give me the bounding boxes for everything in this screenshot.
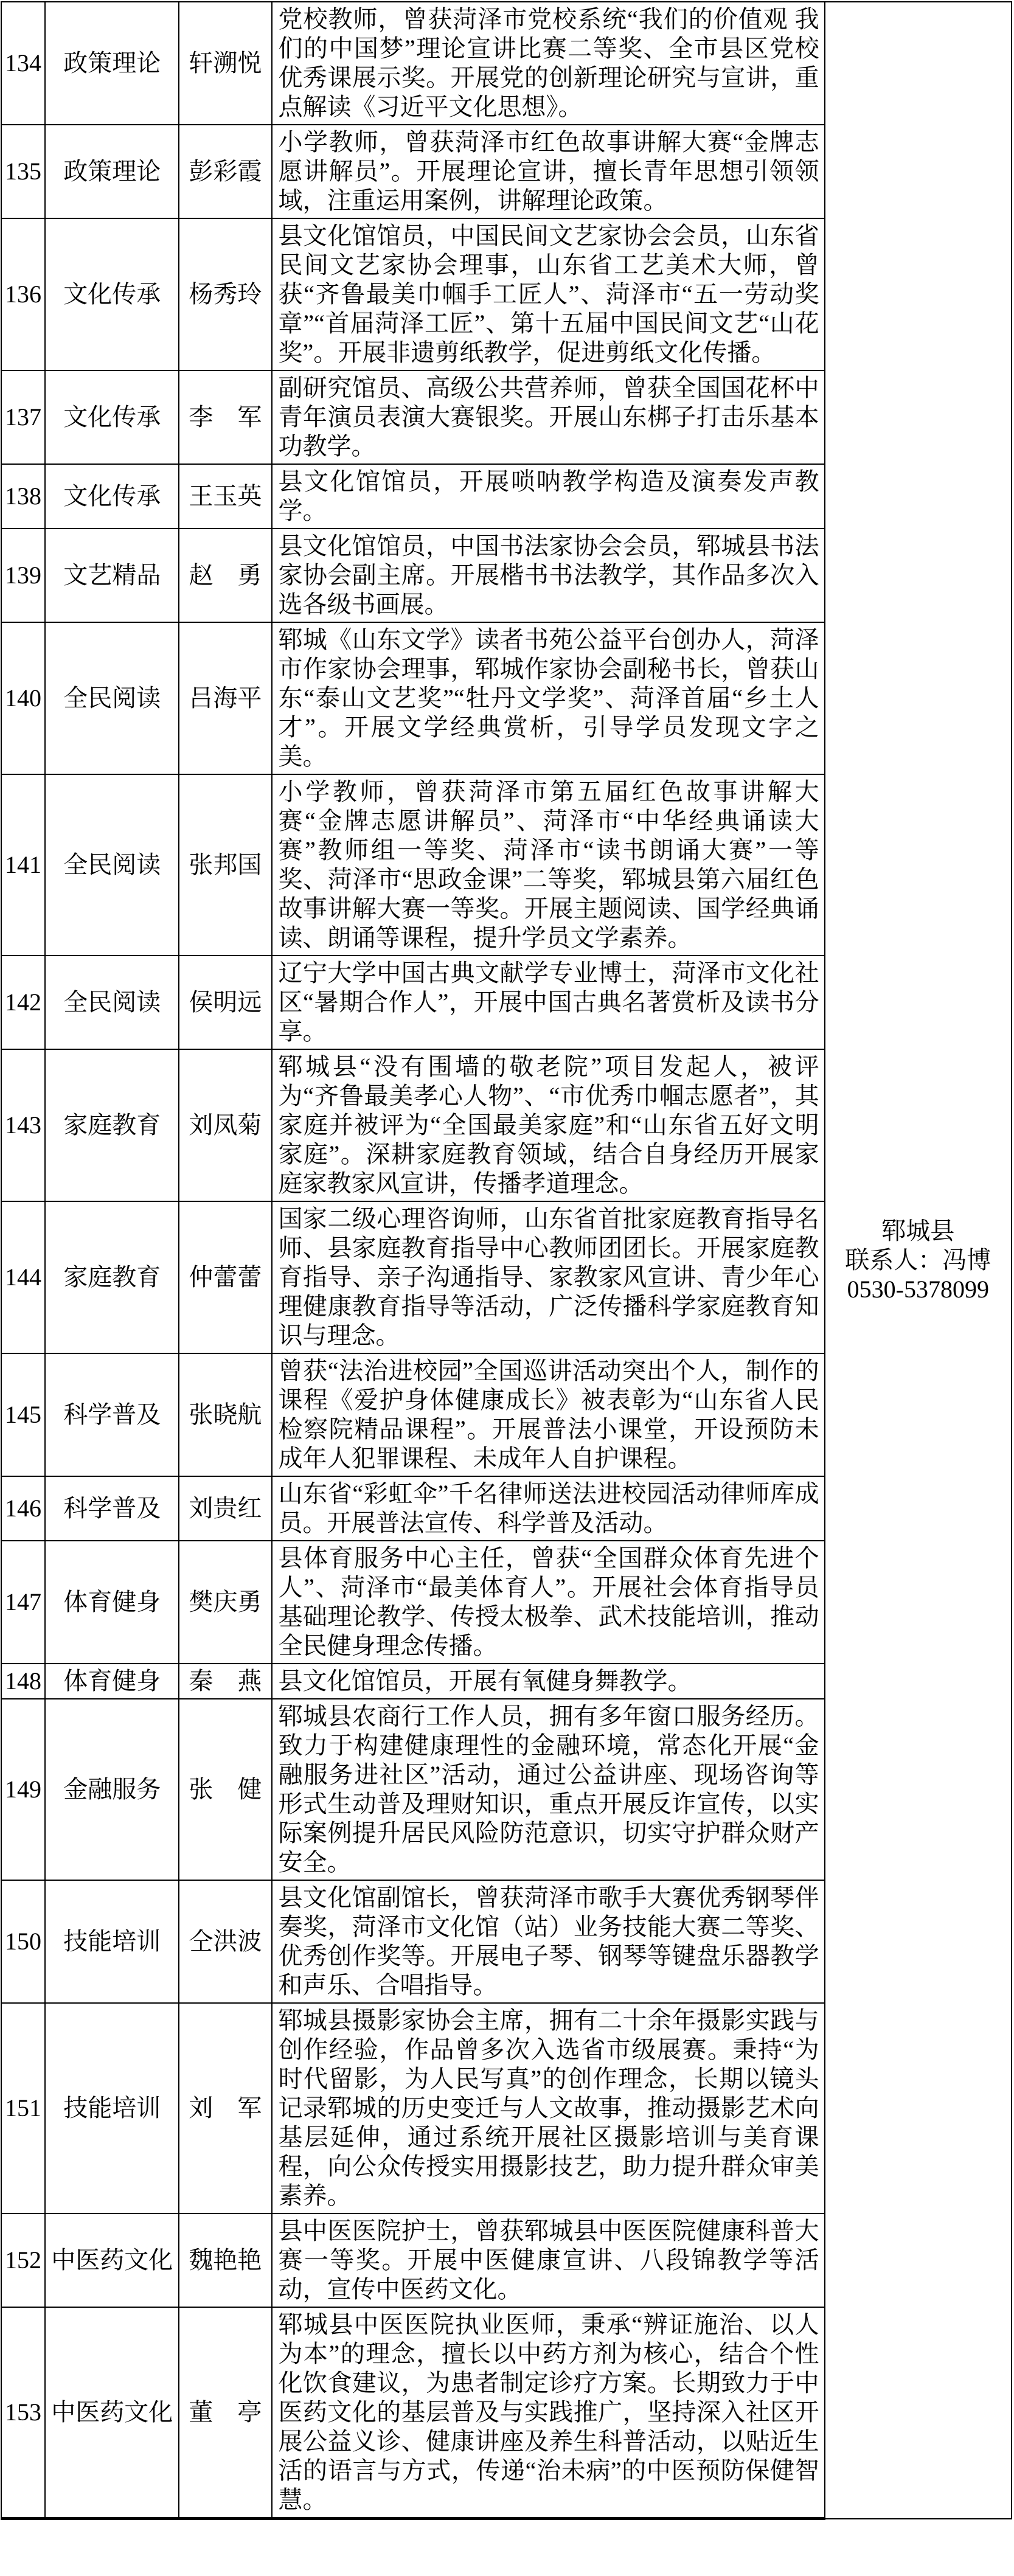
category-cell: 文艺精品 [45, 529, 179, 622]
category-cell: 技能培训 [45, 2003, 179, 2213]
row-number-cell: 146 [1, 1476, 45, 1541]
name-cell: 吕海平 [179, 622, 271, 774]
county-contact-cell: 郓城县联系人：冯博0530-5378099 [825, 2, 1012, 2519]
row-number-cell: 145 [1, 1353, 45, 1476]
row-number-cell: 135 [1, 125, 45, 218]
name-cell: 董 亭 [179, 2307, 271, 2519]
description-cell: 党校教师，曾获菏泽市党校系统“我们的价值观 我们的中国梦”理论宣讲比赛二等奖、全… [272, 2, 825, 125]
name-cell: 彭彩霞 [179, 125, 271, 218]
description-cell: 县文化馆馆员，开展唢呐教学构造及演奏发声教学。 [272, 464, 825, 529]
row-number-cell: 134 [1, 2, 45, 125]
name-cell: 王玉英 [179, 464, 271, 529]
description-cell: 山东省“彩虹伞”千名律师送法进校园活动律师库成员。开展普法宣传、科学普及活动。 [272, 1476, 825, 1541]
category-cell: 技能培训 [45, 1880, 179, 2003]
category-cell: 家庭教育 [45, 1049, 179, 1201]
category-cell: 政策理论 [45, 125, 179, 218]
description-cell: 县文化馆副馆长，曾获菏泽市歌手大赛优秀钢琴伴奏奖，菏泽市文化馆（站）业务技能大赛… [272, 1880, 825, 2003]
name-cell: 侯明远 [179, 956, 271, 1049]
row-number-cell: 138 [1, 464, 45, 529]
name-cell: 刘 军 [179, 2003, 271, 2213]
row-number-cell: 143 [1, 1049, 45, 1201]
row-number-cell: 149 [1, 1699, 45, 1880]
row-number-cell: 141 [1, 774, 45, 956]
name-cell: 樊庆勇 [179, 1541, 271, 1664]
name-cell: 张晓航 [179, 1353, 271, 1476]
table-body: 134政策理论轩溯悦党校教师，曾获菏泽市党校系统“我们的价值观 我们的中国梦”理… [1, 2, 1012, 2519]
description-cell: 郓城县摄影家协会主席，拥有二十余年摄影实践与创作经验，作品曾多次入选省市级展赛。… [272, 2003, 825, 2213]
county-name: 郓城县 [828, 1217, 1009, 1246]
name-cell: 秦 燕 [179, 1664, 271, 1699]
name-cell: 杨秀玲 [179, 218, 271, 370]
category-cell: 中医药文化 [45, 2213, 179, 2307]
description-cell: 小学教师，曾获菏泽市红色故事讲解大赛“金牌志愿讲解员”。开展理论宣讲，擅长青年思… [272, 125, 825, 218]
row-number-cell: 150 [1, 1880, 45, 2003]
category-cell: 文化传承 [45, 370, 179, 464]
description-cell: 郓城县“没有围墙的敬老院”项目发起人，被评为“齐鲁最美孝心人物”、“市优秀巾帼志… [272, 1049, 825, 1201]
category-cell: 体育健身 [45, 1541, 179, 1664]
description-cell: 国家二级心理咨询师，山东省首批家庭教育指导名师、县家庭教育指导中心教师团团长。开… [272, 1201, 825, 1353]
table-row: 134政策理论轩溯悦党校教师，曾获菏泽市党校系统“我们的价值观 我们的中国梦”理… [1, 2, 1012, 125]
name-cell: 魏艳艳 [179, 2213, 271, 2307]
name-cell: 张邦国 [179, 774, 271, 956]
name-cell: 赵 勇 [179, 529, 271, 622]
description-cell: 郓城《山东文学》读者书苑公益平台创办人，菏泽市作家协会理事，郓城作家协会副秘书长… [272, 622, 825, 774]
name-cell: 张 健 [179, 1699, 271, 1880]
description-cell: 小学教师，曾获菏泽市第五届红色故事讲解大赛“金牌志愿讲解员”、菏泽市“中华经典诵… [272, 774, 825, 956]
category-cell: 家庭教育 [45, 1201, 179, 1353]
category-cell: 科学普及 [45, 1476, 179, 1541]
row-number-cell: 152 [1, 2213, 45, 2307]
name-cell: 刘贵红 [179, 1476, 271, 1541]
row-number-cell: 147 [1, 1541, 45, 1664]
row-number-cell: 136 [1, 218, 45, 370]
row-number-cell: 139 [1, 529, 45, 622]
row-number-cell: 142 [1, 956, 45, 1049]
description-cell: 县体育服务中心主任，曾获“全国群众体育先进个人”、菏泽市“最美体育人”。开展社会… [272, 1541, 825, 1664]
contact-person: 联系人：冯博 [828, 1246, 1009, 1275]
description-cell: 曾获“法治进校园”全国巡讲活动突出个人，制作的课程《爱护身体健康成长》被表彰为“… [272, 1353, 825, 1476]
name-cell: 仝洪波 [179, 1880, 271, 2003]
contact-phone: 0530-5378099 [828, 1275, 1009, 1304]
row-number-cell: 137 [1, 370, 45, 464]
category-cell: 文化传承 [45, 218, 179, 370]
description-cell: 辽宁大学中国古典文献学专业博士，菏泽市文化社区“暑期合作人”，开展中国古典名著赏… [272, 956, 825, 1049]
name-cell: 轩溯悦 [179, 2, 271, 125]
row-number-cell: 144 [1, 1201, 45, 1353]
category-cell: 中医药文化 [45, 2307, 179, 2519]
category-cell: 全民阅读 [45, 774, 179, 956]
name-cell: 刘凤菊 [179, 1049, 271, 1201]
name-cell: 仲蕾蕾 [179, 1201, 271, 1353]
row-number-cell: 140 [1, 622, 45, 774]
description-cell: 县文化馆馆员，开展有氧健身舞教学。 [272, 1664, 825, 1699]
category-cell: 全民阅读 [45, 956, 179, 1049]
category-cell: 科学普及 [45, 1353, 179, 1476]
category-cell: 金融服务 [45, 1699, 179, 1880]
category-cell: 体育健身 [45, 1664, 179, 1699]
description-cell: 县中医医院护士，曾获郓城县中医医院健康科普大赛一等奖。开展中医健康宣讲、八段锦教… [272, 2213, 825, 2307]
row-number-cell: 148 [1, 1664, 45, 1699]
description-cell: 郓城县农商行工作人员，拥有多年窗口服务经历。致力于构建健康理性的金融环境，常态化… [272, 1699, 825, 1880]
category-cell: 政策理论 [45, 2, 179, 125]
name-cell: 李 军 [179, 370, 271, 464]
category-cell: 全民阅读 [45, 622, 179, 774]
description-cell: 副研究馆员、高级公共营养师，曾获全国国花杯中青年演员表演大赛银奖。开展山东梆子打… [272, 370, 825, 464]
description-cell: 郓城县中医医院执业医师，秉承“辨证施治、以人为本”的理念，擅长以中药方剂为核心，… [272, 2307, 825, 2519]
category-cell: 文化传承 [45, 464, 179, 529]
description-cell: 县文化馆馆员，中国书法家协会会员，郓城县书法家协会副主席。开展楷书书法教学，其作… [272, 529, 825, 622]
document-page: 134政策理论轩溯悦党校教师，曾获菏泽市党校系统“我们的价值观 我们的中国梦”理… [0, 0, 1014, 2521]
row-number-cell: 151 [1, 2003, 45, 2213]
row-number-cell: 153 [1, 2307, 45, 2519]
talent-roster-table: 134政策理论轩溯悦党校教师，曾获菏泽市党校系统“我们的价值观 我们的中国梦”理… [1, 1, 1012, 2520]
description-cell: 县文化馆馆员，中国民间文艺家协会会员，山东省民间文艺家协会理事，山东省工艺美术大… [272, 218, 825, 370]
